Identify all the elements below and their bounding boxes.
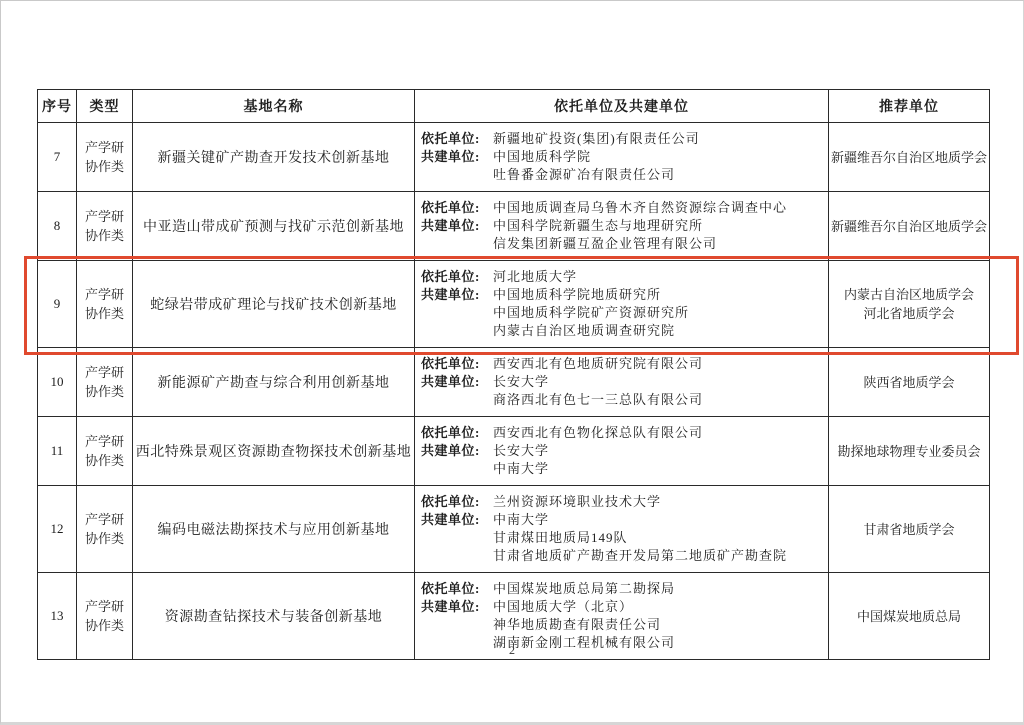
recommender-cell: 内蒙古自治区地质学会河北省地质学会 bbox=[829, 261, 990, 348]
recommender-unit: 新疆维吾尔自治区地质学会 bbox=[831, 148, 987, 167]
co-building-unit: 中国地质科学院矿产资源研究所 bbox=[493, 304, 824, 322]
co-building-unit-values: 长安大学中南大学 bbox=[493, 442, 824, 478]
co-building-unit-values: 中国科学院新疆生态与地理研究所信发集团新疆互盈企业管理有限公司 bbox=[493, 217, 824, 253]
row-index-cell: 9 bbox=[38, 261, 77, 348]
table-row: 7 产学研协作类 新疆关键矿产勘查开发技术创新基地 依托单位: 新疆地矿投资(集… bbox=[38, 123, 990, 192]
co-building-unit-label: 共建单位: bbox=[421, 217, 493, 235]
co-building-unit-values: 中南大学甘肃煤田地质局149队甘肃省地质矿产勘查开发局第二地质矿产勘查院 bbox=[493, 511, 824, 565]
supporting-unit-label: 依托单位: bbox=[421, 130, 493, 148]
supporting-unit-label: 依托单位: bbox=[421, 268, 493, 286]
row-type-cell: 产学研协作类 bbox=[84, 285, 126, 323]
row-index-cell: 12 bbox=[38, 486, 77, 573]
base-name-cell: 西北特殊景观区资源勘查物探技术创新基地 bbox=[133, 417, 415, 486]
base-name-cell: 新疆关键矿产勘查开发技术创新基地 bbox=[133, 123, 415, 192]
recommender-unit: 新疆维吾尔自治区地质学会 bbox=[831, 217, 987, 236]
table-row: 8 产学研协作类 中亚造山带成矿预测与找矿示范创新基地 依托单位: 中国地质调查… bbox=[38, 192, 990, 261]
co-building-unit: 中南大学 bbox=[493, 511, 824, 529]
row-index-cell: 8 bbox=[38, 192, 77, 261]
supporting-unit-value: 河北地质大学 bbox=[493, 268, 577, 286]
base-name-cell: 中亚造山带成矿预测与找矿示范创新基地 bbox=[133, 192, 415, 261]
co-building-unit: 中国地质科学院 bbox=[493, 148, 824, 166]
supporting-unit-value: 新疆地矿投资(集团)有限责任公司 bbox=[493, 130, 700, 148]
co-building-unit-label: 共建单位: bbox=[421, 598, 493, 616]
base-name-cell: 新能源矿产勘查与综合利用创新基地 bbox=[133, 348, 415, 417]
co-building-unit: 中国地质科学院地质研究所 bbox=[493, 286, 824, 304]
co-building-unit: 商洛西北有色七一三总队有限公司 bbox=[493, 391, 824, 409]
recommender-cell: 陕西省地质学会 bbox=[829, 348, 990, 417]
co-building-unit-values: 中国地质科学院地质研究所中国地质科学院矿产资源研究所内蒙古自治区地质调查研究院 bbox=[493, 286, 824, 340]
row-type-cell: 产学研协作类 bbox=[84, 363, 126, 401]
co-building-unit-label: 共建单位: bbox=[421, 373, 493, 391]
co-building-unit-label: 共建单位: bbox=[421, 148, 493, 166]
row-type-cell: 产学研协作类 bbox=[84, 597, 126, 635]
col-header-units: 依托单位及共建单位 bbox=[415, 90, 829, 123]
table-row: 9 产学研协作类 蛇绿岩带成矿理论与找矿技术创新基地 依托单位: 河北地质大学 … bbox=[38, 261, 990, 348]
table-row: 10 产学研协作类 新能源矿产勘查与综合利用创新基地 依托单位: 西安西北有色地… bbox=[38, 348, 990, 417]
recommender-unit: 河北省地质学会 bbox=[831, 304, 987, 323]
supporting-unit-label: 依托单位: bbox=[421, 424, 493, 442]
document-page: 序号 类型 基地名称 依托单位及共建单位 推荐单位 7 产学研协作类 新疆关键矿… bbox=[0, 0, 1024, 725]
row-type-cell: 产学研协作类 bbox=[84, 207, 126, 245]
recommender-unit: 陕西省地质学会 bbox=[831, 373, 987, 392]
supporting-unit-value: 兰州资源环境职业技术大学 bbox=[493, 493, 661, 511]
supporting-unit-value: 中国地质调查局乌鲁木齐自然资源综合调查中心 bbox=[493, 199, 787, 217]
recommender-cell: 勘探地球物理专业委员会 bbox=[829, 417, 990, 486]
co-building-unit: 中南大学 bbox=[493, 460, 824, 478]
col-header-recommender: 推荐单位 bbox=[829, 90, 990, 123]
supporting-unit-value: 西安西北有色地质研究院有限公司 bbox=[493, 355, 703, 373]
table-header-row: 序号 类型 基地名称 依托单位及共建单位 推荐单位 bbox=[38, 90, 990, 123]
base-name-cell: 编码电磁法勘探技术与应用创新基地 bbox=[133, 486, 415, 573]
row-index-cell: 11 bbox=[38, 417, 77, 486]
recommender-cell: 新疆维吾尔自治区地质学会 bbox=[829, 123, 990, 192]
row-index-cell: 7 bbox=[38, 123, 77, 192]
co-building-unit: 甘肃省地质矿产勘查开发局第二地质矿产勘查院 bbox=[493, 547, 824, 565]
recommender-unit: 中国煤炭地质总局 bbox=[831, 607, 987, 626]
col-header-type: 类型 bbox=[77, 90, 133, 123]
table-row: 12 产学研协作类 编码电磁法勘探技术与应用创新基地 依托单位: 兰州资源环境职… bbox=[38, 486, 990, 573]
co-building-unit-values: 中国地质科学院吐鲁番金源矿冶有限责任公司 bbox=[493, 148, 824, 184]
co-building-unit: 吐鲁番金源矿冶有限责任公司 bbox=[493, 166, 824, 184]
row-type-cell: 产学研协作类 bbox=[84, 510, 126, 548]
row-index-cell: 10 bbox=[38, 348, 77, 417]
co-building-unit: 甘肃煤田地质局149队 bbox=[493, 529, 824, 547]
co-building-unit: 神华地质勘查有限责任公司 bbox=[493, 616, 824, 634]
co-building-unit-label: 共建单位: bbox=[421, 511, 493, 529]
supporting-unit-label: 依托单位: bbox=[421, 493, 493, 511]
recommender-cell: 甘肃省地质学会 bbox=[829, 486, 990, 573]
table-row: 11 产学研协作类 西北特殊景观区资源勘查物探技术创新基地 依托单位: 西安西北… bbox=[38, 417, 990, 486]
supporting-unit-value: 西安西北有色物化探总队有限公司 bbox=[493, 424, 703, 442]
row-type-cell: 产学研协作类 bbox=[84, 138, 126, 176]
supporting-unit-label: 依托单位: bbox=[421, 199, 493, 217]
co-building-unit: 中国地质大学（北京） bbox=[493, 598, 824, 616]
row-type-cell: 产学研协作类 bbox=[84, 432, 126, 470]
co-building-unit: 长安大学 bbox=[493, 373, 824, 391]
recommender-unit: 勘探地球物理专业委员会 bbox=[831, 442, 987, 461]
base-name-cell: 蛇绿岩带成矿理论与找矿技术创新基地 bbox=[133, 261, 415, 348]
supporting-unit-value: 中国煤炭地质总局第二勘探局 bbox=[493, 580, 675, 598]
co-building-unit: 中国科学院新疆生态与地理研究所 bbox=[493, 217, 824, 235]
page-number: 2 bbox=[1, 643, 1023, 658]
supporting-unit-label: 依托单位: bbox=[421, 355, 493, 373]
co-building-unit: 长安大学 bbox=[493, 442, 824, 460]
recommender-cell: 新疆维吾尔自治区地质学会 bbox=[829, 192, 990, 261]
col-header-base-name: 基地名称 bbox=[133, 90, 415, 123]
supporting-unit-label: 依托单位: bbox=[421, 580, 493, 598]
co-building-unit-values: 长安大学商洛西北有色七一三总队有限公司 bbox=[493, 373, 824, 409]
recommender-unit: 甘肃省地质学会 bbox=[831, 520, 987, 539]
col-header-index: 序号 bbox=[38, 90, 77, 123]
co-building-unit-label: 共建单位: bbox=[421, 442, 493, 460]
co-building-unit: 信发集团新疆互盈企业管理有限公司 bbox=[493, 235, 824, 253]
co-building-unit: 内蒙古自治区地质调查研究院 bbox=[493, 322, 824, 340]
co-building-unit-label: 共建单位: bbox=[421, 286, 493, 304]
bases-table: 序号 类型 基地名称 依托单位及共建单位 推荐单位 7 产学研协作类 新疆关键矿… bbox=[37, 89, 990, 660]
recommender-unit: 内蒙古自治区地质学会 bbox=[831, 285, 987, 304]
